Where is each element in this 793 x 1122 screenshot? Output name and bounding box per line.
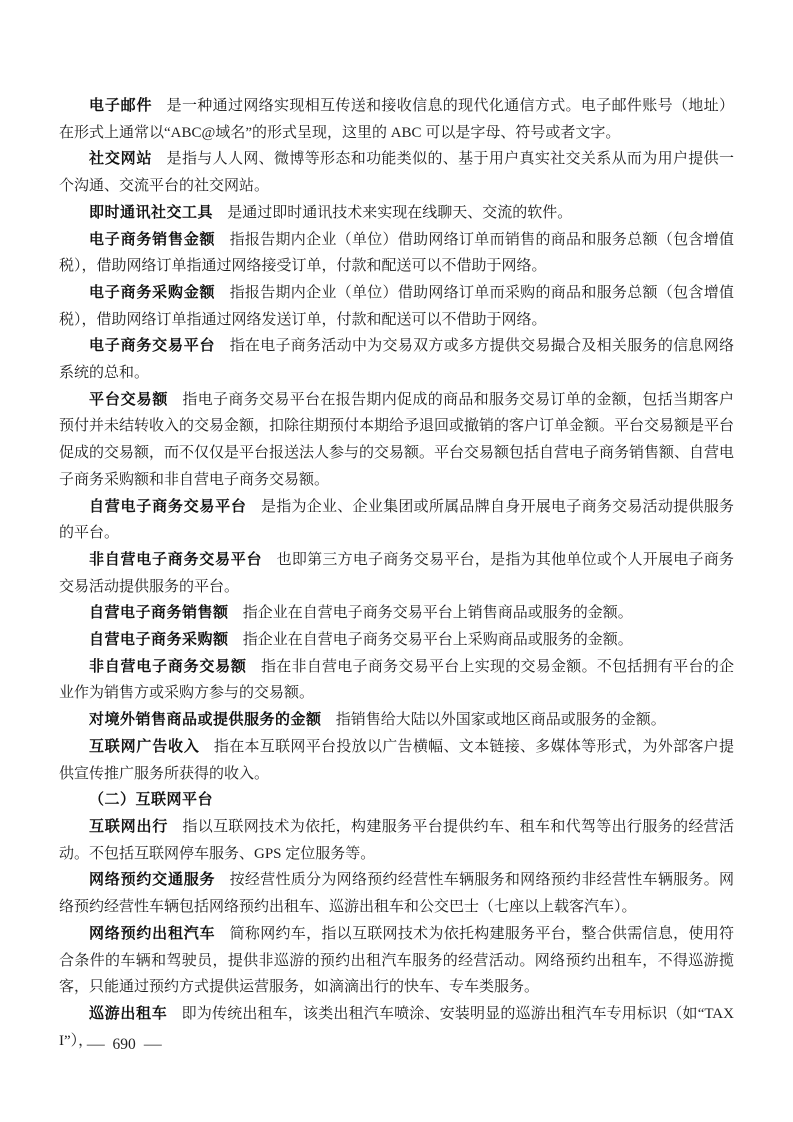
term-label: 社交网站 [89, 150, 152, 167]
definition-paragraph: 电子商务采购金额指报告期内企业（单位）借助网络订单而采购的商品和服务总额（包含增… [59, 280, 734, 333]
term-label: 非自营电子商务交易平台 [89, 551, 262, 568]
definitions-list: 电子邮件是一种通过网络实现相互传送和接收信息的现代化通信方式。电子邮件账号（地址… [59, 93, 734, 1054]
term-definition: 指企业在自营电子商务交易平台上销售商品或服务的金额。 [243, 605, 633, 621]
term-label: 电子邮件 [89, 97, 152, 114]
term-label: 互联网出行 [89, 818, 168, 835]
page-footer: — 690 — [88, 1036, 160, 1054]
definition-paragraph: 互联网出行指以互联网技术为依托，构建服务平台提供约车、租车和代驾等出行服务的经营… [59, 814, 734, 867]
definition-paragraph: 平台交易额指电子商务交易平台在报告期内促成的商品和服务交易订单的金额，包括当期客… [59, 387, 734, 494]
definition-paragraph: 自营电子商务采购额指企业在自营电子商务交易平台上采购商品或服务的金额。 [59, 627, 734, 654]
term-label: 自营电子商务交易平台 [89, 498, 247, 515]
page-number: 690 [113, 1036, 136, 1054]
definition-paragraph: 即时通讯社交工具是通过即时通讯技术来实现在线聊天、交流的软件。 [59, 200, 734, 227]
term-label: 即时通讯社交工具 [89, 204, 213, 221]
term-label: （二）互联网平台 [89, 791, 213, 808]
term-label: 自营电子商务销售额 [89, 604, 229, 621]
term-label: 电子商务采购金额 [89, 284, 215, 301]
term-label: 非自营电子商务交易额 [89, 658, 247, 675]
definition-paragraph: 非自营电子商务交易额指在非自营电子商务交易平台上实现的交易金额。不包括拥有平台的… [59, 654, 734, 707]
term-definition: 是通过即时通讯技术来实现在线聊天、交流的软件。 [227, 205, 572, 221]
term-label: 对境外销售商品或提供服务的金额 [89, 711, 322, 728]
term-definition: 是指与人人网、微博等形态和功能类似的、基于用户真实社交关系从而为用户提供一个沟通… [59, 151, 734, 194]
term-label: 自营电子商务采购额 [89, 631, 229, 648]
definition-paragraph: 电子商务销售金额指报告期内企业（单位）借助网络订单而销售的商品和服务总额（包含增… [59, 227, 734, 280]
term-label: 网络预约交通服务 [89, 871, 215, 888]
definition-paragraph: 对境外销售商品或提供服务的金额指销售给大陆以外国家或地区商品或服务的金额。 [59, 707, 734, 734]
term-definition: 指销售给大陆以外国家或地区商品或服务的金额。 [336, 712, 666, 728]
term-label: 网络预约出租汽车 [89, 925, 215, 942]
definition-paragraph: 自营电子商务交易平台是指为企业、企业集团或所属品牌自身开展电子商务交易活动提供服… [59, 494, 734, 547]
definition-paragraph: 非自营电子商务交易平台也即第三方电子商务交易平台，是指为其他单位或个人开展电子商… [59, 547, 734, 600]
document-page: 电子邮件是一种通过网络实现相互传送和接收信息的现代化通信方式。电子邮件账号（地址… [0, 0, 793, 1122]
term-label: 平台交易额 [89, 391, 168, 408]
term-label: 电子商务交易平台 [89, 337, 215, 354]
footer-dash-right: — [144, 1036, 162, 1054]
term-label: 互联网广告收入 [89, 738, 200, 755]
definition-paragraph: 网络预约交通服务按经营性质分为网络预约经营性车辆服务和网络预约非经营性车辆服务。… [59, 867, 734, 920]
term-label: 巡游出租车 [89, 1005, 167, 1022]
footer-dash-left: — [87, 1036, 105, 1054]
definition-paragraph: 自营电子商务销售额指企业在自营电子商务交易平台上销售商品或服务的金额。 [59, 600, 734, 627]
definition-paragraph: 电子邮件是一种通过网络实现相互传送和接收信息的现代化通信方式。电子邮件账号（地址… [59, 93, 734, 146]
definition-paragraph: 网络预约出租汽车简称网约车，指以互联网技术为依托构建服务平台，整合供需信息，使用… [59, 921, 734, 1001]
term-definition: 是一种通过网络实现相互传送和接收信息的现代化通信方式。电子邮件账号（地址）在形式… [59, 98, 734, 141]
definition-paragraph: 互联网广告收入指在本互联网平台投放以广告横幅、文本链接、多媒体等形式，为外部客户… [59, 734, 734, 787]
definition-paragraph: 社交网站是指与人人网、微博等形态和功能类似的、基于用户真实社交关系从而为用户提供… [59, 146, 734, 199]
term-definition: 指企业在自营电子商务交易平台上采购商品或服务的金额。 [243, 632, 633, 648]
section-heading: （二）互联网平台 [59, 787, 734, 814]
definition-paragraph: 电子商务交易平台指在电子商务活动中为交易双方或多方提供交易撮合及相关服务的信息网… [59, 333, 734, 386]
term-label: 电子商务销售金额 [89, 231, 215, 248]
